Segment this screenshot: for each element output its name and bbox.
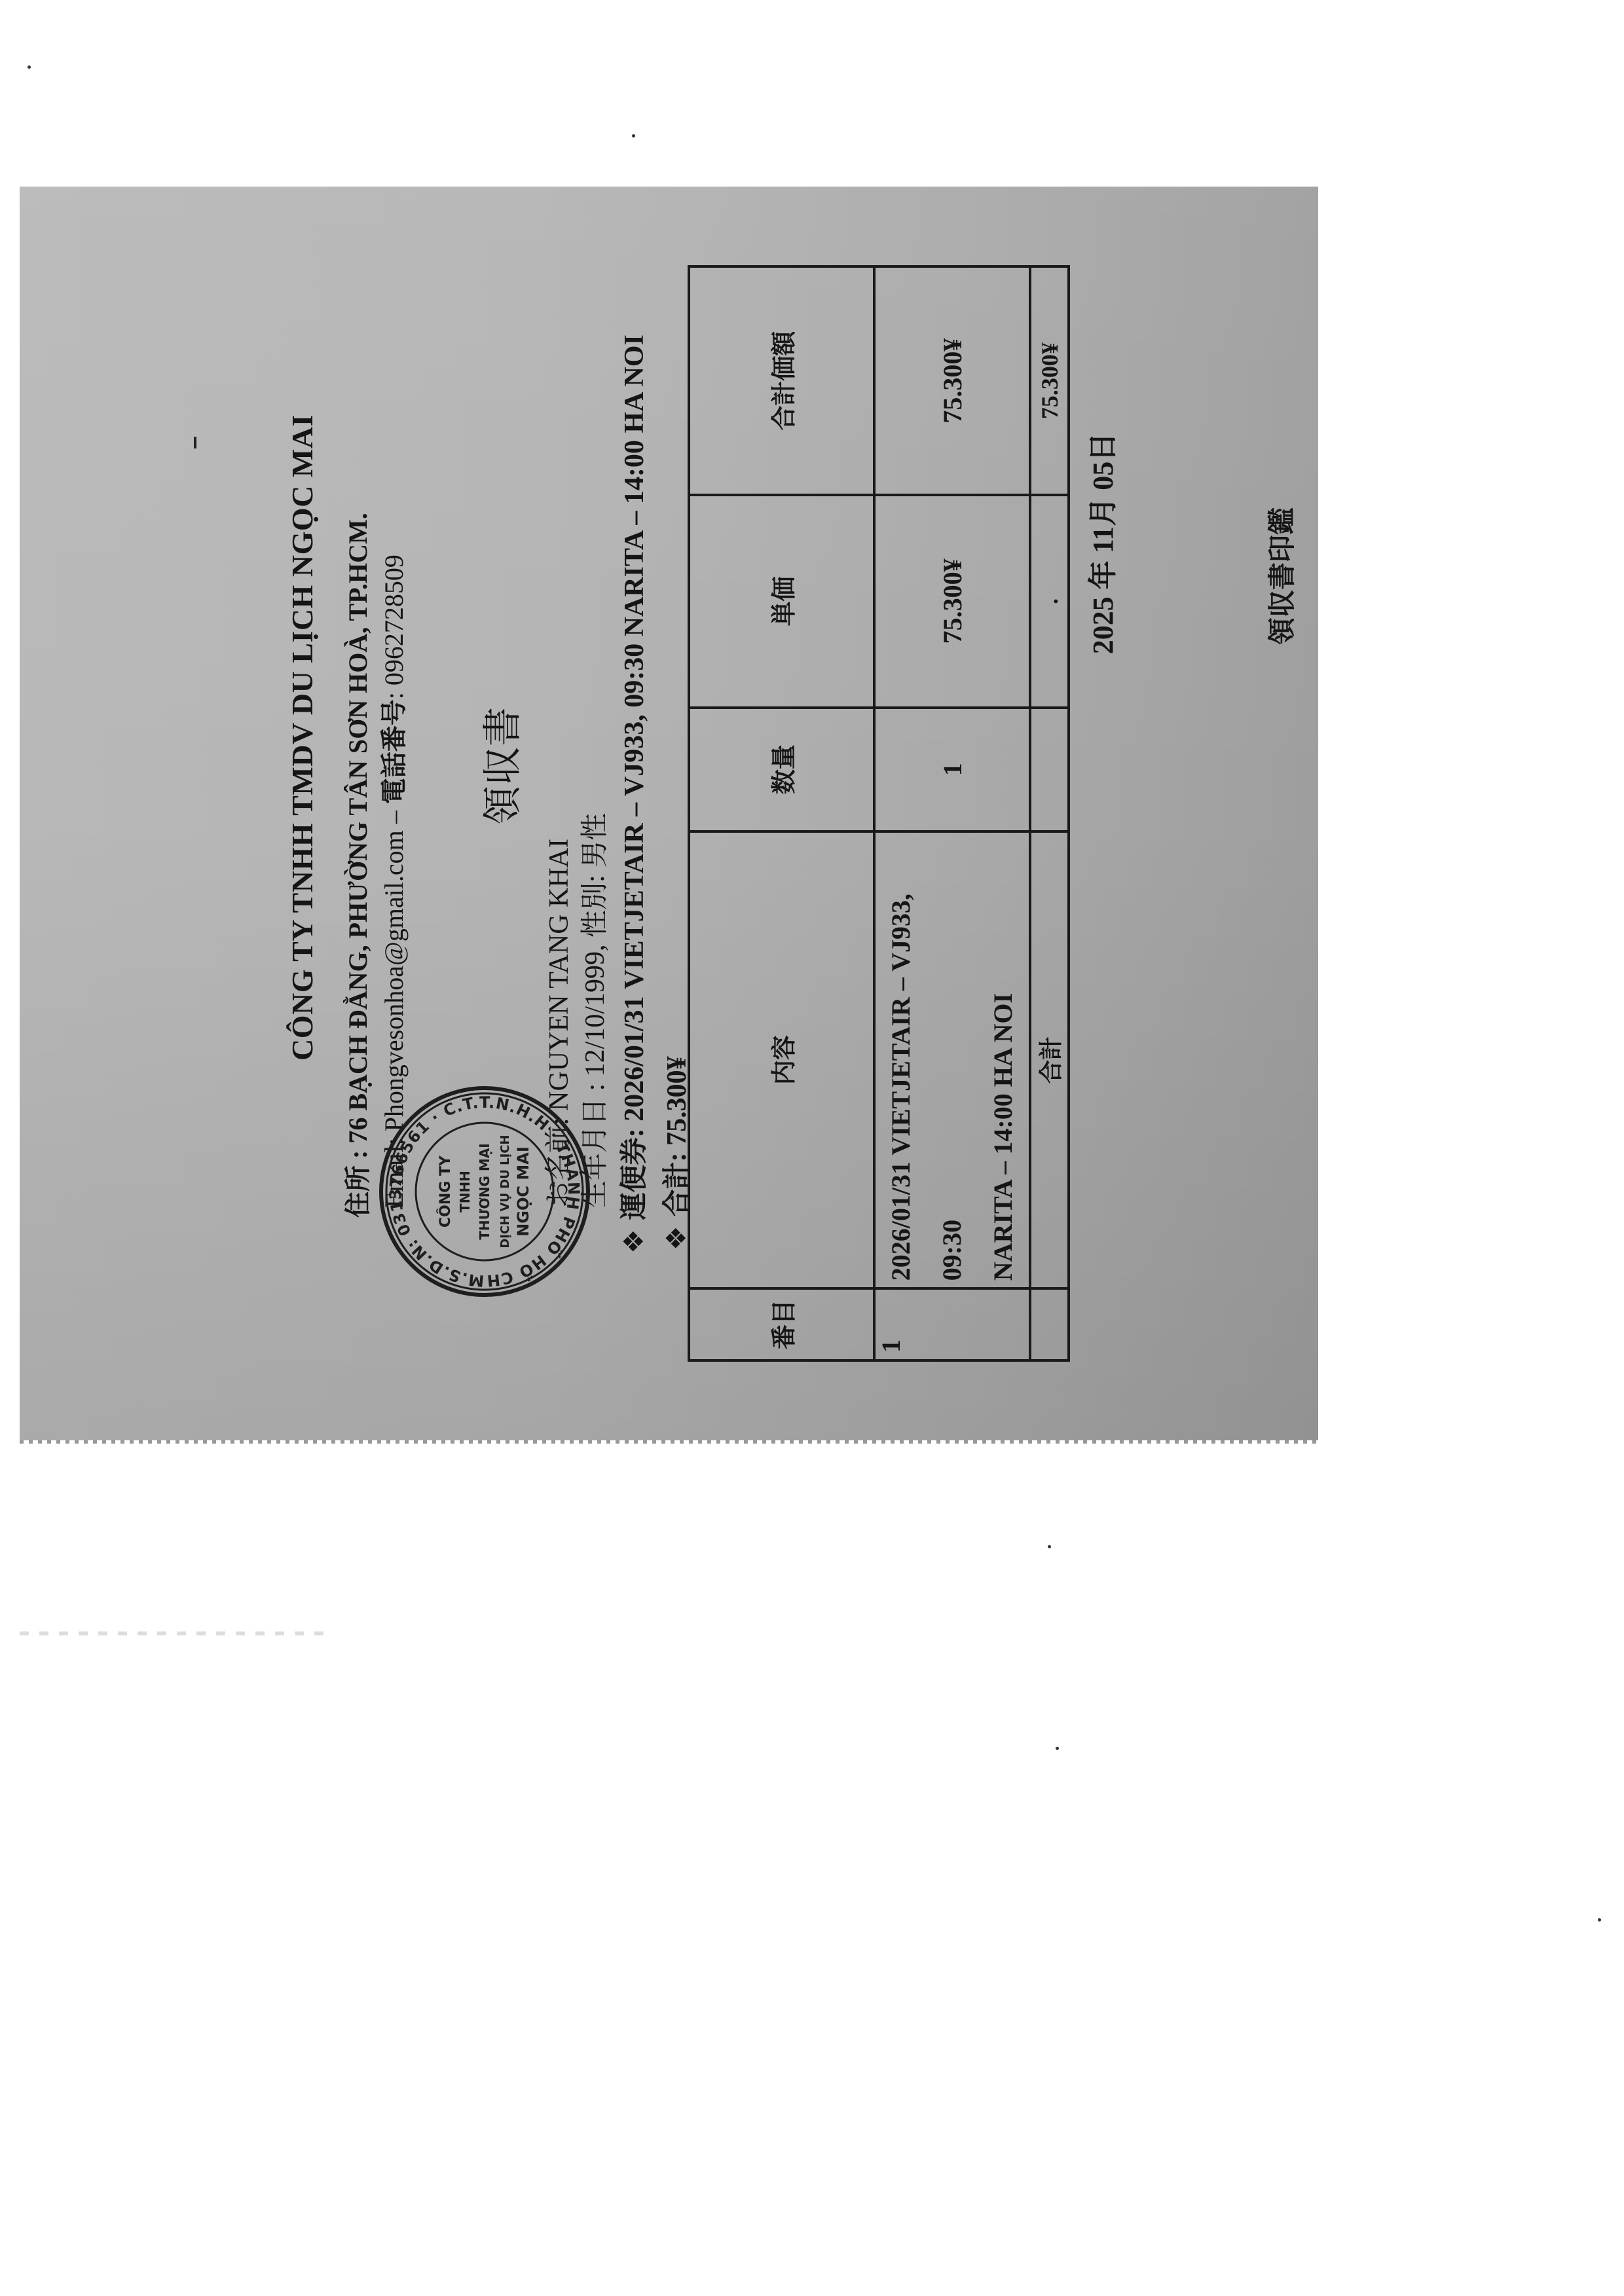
ticket-label: 運便券 [618, 1137, 650, 1220]
address-value: 76 BẠCH ĐẰNG, PHƯỜNG TÂN SƠN HOÀ, TP.HCM… [343, 513, 373, 1143]
scan-speck [632, 134, 635, 137]
table-row: 12026/01/31 VIETJETAIR – VJ933, 09:30NAR… [874, 266, 1030, 1360]
total-row-label: 合計 [1030, 831, 1069, 1288]
phone-label: 電話番号 [379, 699, 409, 804]
ticket-line: ❖運便券: 2026/01/31 VIETJETAIR – VJ933, 09:… [612, 335, 652, 1254]
header-quantity: 数量 [689, 708, 874, 831]
svg-text:TNHH: TNHH [457, 1171, 473, 1212]
cell-quantity: 1 [874, 708, 1030, 831]
receipt-document: CÔNG TY TNHH TMDV DU LỊCH NGỌC MAI 住所 : … [20, 187, 1318, 1440]
description-line-2: NARITA – 14:00 HA NOI [978, 839, 1029, 1281]
svg-text:DỊCH VỤ DU LỊCH: DỊCH VỤ DU LỊCH [498, 1135, 512, 1248]
ticket-value: 2026/01/31 VIETJETAIR – VJ933, 09:30 NAR… [619, 335, 650, 1121]
total-cell-empty [1030, 1288, 1069, 1360]
total-cell-dot: . [1030, 495, 1069, 707]
customer-gender: 男性 [578, 813, 610, 868]
address-label: 住所 [343, 1165, 373, 1218]
customer-dob: 12/10/1999 [580, 951, 610, 1076]
scan-speck [1048, 1545, 1051, 1548]
ink-mark [194, 437, 196, 448]
company-seal-stamp: M.S.D.N: 0313766561 · C.T.T.N.H.H · THÀN… [377, 1084, 593, 1300]
header-amount: 合計価額 [689, 266, 874, 495]
company-name: CÔNG TY TNHH TMDV DU LỊCH NGỌC MAI [285, 414, 320, 1061]
cell-no: 1 [874, 1288, 1030, 1360]
cell-unit-price: 75.300¥ [874, 495, 1030, 707]
header-description: 内容 [689, 831, 874, 1288]
scan-ghost-artifact [20, 1631, 334, 1635]
cell-amount: 75.300¥ [874, 266, 1030, 495]
issue-date: 2025 年 11月 05日 [1079, 0, 1121, 1440]
svg-text:NGỌC MAI: NGỌC MAI [514, 1146, 532, 1237]
scan-speck [1056, 1747, 1059, 1750]
customer-name: NGUYEN TANG KHAI [544, 839, 574, 1111]
table-header-row: 番目 内容 数量 単価 合計価額 [689, 266, 874, 1360]
scan-speck [1598, 1918, 1601, 1922]
seal-label: 領収書印鑑 [1261, 0, 1300, 1440]
header-no: 番目 [689, 1288, 874, 1360]
header-unit-price: 単価 [689, 495, 874, 707]
description-line-1: 2026/01/31 VIETJETAIR – VJ933, 09:30 [876, 839, 978, 1281]
gender-label: 性別 [578, 883, 610, 938]
phone-value: 0962728509 [379, 555, 409, 685]
bullet-icon: ❖ [618, 1229, 650, 1254]
total-row-amount: 75.300¥ [1030, 266, 1069, 495]
company-address: 住所 : 76 BẠCH ĐẰNG, PHƯỜNG TÂN SƠN HOÀ, T… [337, 513, 375, 1218]
total-cell-empty [1030, 708, 1069, 831]
receipt-items-table: 番目 内容 数量 単価 合計価額 12026/01/31 VIETJETAIR … [688, 265, 1070, 1362]
cell-description: 2026/01/31 VIETJETAIR – VJ933, 09:30NARI… [874, 831, 1030, 1288]
table-total-row: 合計.75.300¥ [1030, 266, 1069, 1360]
scan-speck [28, 65, 31, 69]
scan-edge-artifact [20, 1440, 1318, 1444]
svg-text:CÔNG TY: CÔNG TY [437, 1155, 454, 1228]
svg-text:THƯƠNG MẠI: THƯƠNG MẠI [477, 1143, 492, 1240]
